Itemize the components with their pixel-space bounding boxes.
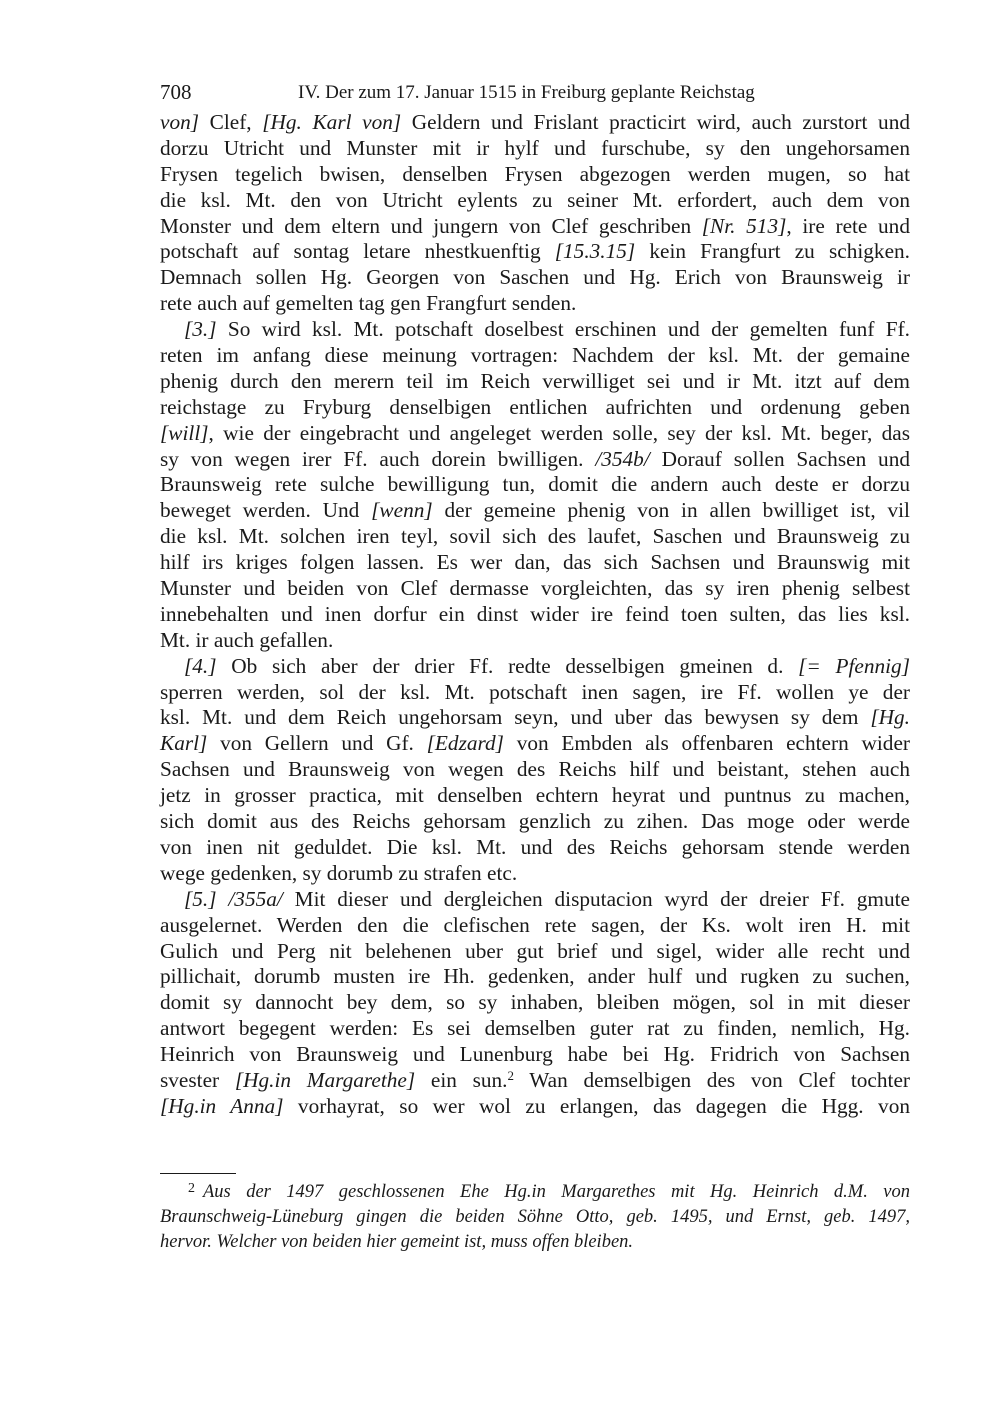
text-segment: So wird ksl. Mt. potschaft doselbest ers… bbox=[217, 317, 910, 341]
text-segment: Ob sich aber der drier Ff. redte desselb… bbox=[217, 654, 799, 678]
text-line: potschaft auf sontag letare nhestkuenfti… bbox=[160, 239, 910, 265]
text-segment: sich domit aus des Reichs gehorsam genzl… bbox=[160, 809, 910, 833]
body-text: von] Clef, [Hg. Karl von] Geldern und Fr… bbox=[160, 110, 910, 1120]
editorial-annotation: /354b/ bbox=[595, 447, 649, 471]
text-segment: Monster und dem eltern und jungern von C… bbox=[160, 214, 702, 238]
text-segment: , ire rete und bbox=[786, 214, 910, 238]
text-line: dorzu Utricht und Munster mit ir hylf un… bbox=[160, 136, 910, 162]
text-segment: die ksl. Mt. den von Utricht eylents zu … bbox=[160, 188, 910, 212]
text-line: [will], wie der eingebracht und angelege… bbox=[160, 421, 910, 447]
document-page: 708 IV. Der zum 17. Januar 1515 in Freib… bbox=[160, 76, 910, 1120]
text-line: sich domit aus des Reichs gehorsam genzl… bbox=[160, 809, 910, 835]
paragraph-first-line: [5.] /355a/ Mit dieser und dergleichen d… bbox=[160, 887, 910, 913]
text-segment: Dorauf sollen Sachsen und bbox=[650, 447, 910, 471]
editorial-annotation: [15.3.15] bbox=[555, 239, 635, 263]
text-line: von] Clef, [Hg. Karl von] Geldern und Fr… bbox=[160, 110, 910, 136]
text-line: innebehalten und inen dorfur ein dinst w… bbox=[160, 602, 910, 628]
text-segment: von Gellern und Gf. bbox=[207, 731, 426, 755]
text-segment: dorzu Utricht und Munster mit ir hylf un… bbox=[160, 136, 910, 160]
editorial-annotation: [wenn] bbox=[371, 498, 433, 522]
editorial-annotation: [= Pfennig] bbox=[798, 654, 910, 678]
text-segment: phenig durch den merern teil im Reich ve… bbox=[160, 369, 910, 393]
text-segment: rete auch auf gemelten tag gen Frangfurt… bbox=[160, 291, 576, 315]
running-title: IV. Der zum 17. Januar 1515 in Freiburg … bbox=[298, 82, 755, 104]
text-segment: von inen nit geduldet. Die ksl. Mt. und … bbox=[160, 835, 910, 859]
text-segment: der gemeine phenig von in allen bwillige… bbox=[433, 498, 910, 522]
text-segment: Geldern und Frislant practicirt wird, au… bbox=[401, 110, 910, 134]
text-line: svester [Hg.in Margarethe] ein sun.2 Wan… bbox=[160, 1068, 910, 1094]
text-segment: Gulich und Perg nit belehenen uber gut b… bbox=[160, 939, 910, 963]
text-line: pillichait, dorumb musten ire Hh. gedenk… bbox=[160, 964, 910, 990]
footnote-line: Braunschweig-Lüneburg gingen die beiden … bbox=[160, 1205, 910, 1230]
text-segment: von Embden als offenbaren echtern wider bbox=[504, 731, 910, 755]
text-line: die ksl. Mt. den von Utricht eylents zu … bbox=[160, 188, 910, 214]
editorial-annotation: Karl] bbox=[160, 731, 207, 755]
text-segment: ein sun. bbox=[415, 1068, 507, 1092]
text-segment: antwort begegent werden: Es sei demselbe… bbox=[160, 1016, 910, 1040]
editorial-annotation: [Edzard] bbox=[427, 731, 504, 755]
text-line: sy von wegen irer Ff. auch dorein bwilli… bbox=[160, 447, 910, 473]
text-segment: die ksl. Mt. solchen iren teyl, sovil si… bbox=[160, 524, 910, 548]
footnote-text: Aus der 1497 geschlossenen Ehe Hg.in Mar… bbox=[203, 1182, 910, 1202]
editorial-annotation: [Hg.in Margarethe] bbox=[235, 1068, 415, 1092]
text-line: Sachsen und Braunsweig von wegen des Rei… bbox=[160, 757, 910, 783]
text-segment: kein Frangfurt zu schigken. bbox=[635, 239, 910, 263]
text-segment: potschaft auf sontag letare nhestkuenfti… bbox=[160, 239, 555, 263]
text-line: reichstage zu Fryburg denselbigen entlic… bbox=[160, 395, 910, 421]
text-segment: jetz in grosser practica, mit denselben … bbox=[160, 783, 910, 807]
text-segment: svester bbox=[160, 1068, 235, 1092]
text-segment: Demnach sollen Hg. Georgen von Saschen u… bbox=[160, 265, 910, 289]
text-line: rete auch auf gemelten tag gen Frangfurt… bbox=[160, 291, 910, 317]
text-segment: Mt. ir auch gefallen. bbox=[160, 628, 333, 652]
paragraph-first-line: [3.] So wird ksl. Mt. potschaft doselbes… bbox=[160, 317, 910, 343]
text-line: hilf irs kriges folgen lassen. Es wer da… bbox=[160, 550, 910, 576]
editorial-annotation: [Hg. bbox=[870, 705, 910, 729]
text-segment: hilf irs kriges folgen lassen. Es wer da… bbox=[160, 550, 910, 574]
text-line: beweget werden. Und [wenn] der gemeine p… bbox=[160, 498, 910, 524]
editorial-annotation: [will] bbox=[160, 421, 209, 445]
editorial-annotation: [4.] bbox=[184, 654, 217, 678]
text-segment: beweget werden. Und bbox=[160, 498, 371, 522]
editorial-annotation: [Hg.in Anna] bbox=[160, 1094, 284, 1118]
text-segment: innebehalten und inen dorfur ein dinst w… bbox=[160, 602, 910, 626]
text-line: ksl. Mt. und dem Reich ungehorsam seyn, … bbox=[160, 705, 910, 731]
footnote-line: 2Aus der 1497 geschlossenen Ehe Hg.in Ma… bbox=[160, 1180, 910, 1205]
text-segment: pillichait, dorumb musten ire Hh. gedenk… bbox=[160, 964, 910, 988]
text-line: antwort begegent werden: Es sei demselbe… bbox=[160, 1016, 910, 1042]
text-segment: Wan demselbigen des von Clef tochter bbox=[514, 1068, 910, 1092]
text-line: wege gedenken, sy dorumb zu strafen etc. bbox=[160, 861, 910, 887]
footnote-mark: 2 bbox=[160, 1181, 203, 1196]
text-segment: vorhayrat, so wer wol zu erlangen, das d… bbox=[284, 1094, 911, 1118]
text-segment: sy von wegen irer Ff. auch dorein bwilli… bbox=[160, 447, 595, 471]
editorial-annotation: [5.] /355a/ bbox=[184, 887, 283, 911]
text-segment: Braunsweig rete sulche bewilligung tun, … bbox=[160, 472, 910, 496]
text-line: die ksl. Mt. solchen iren teyl, sovil si… bbox=[160, 524, 910, 550]
footnote-separator bbox=[160, 1173, 236, 1174]
text-line: domit sy dannocht bey dem, so sy inhaben… bbox=[160, 990, 910, 1016]
text-line: [Hg.in Anna] vorhayrat, so wer wol zu er… bbox=[160, 1094, 910, 1120]
running-head: 708 IV. Der zum 17. Januar 1515 in Freib… bbox=[160, 76, 910, 110]
text-line: Gulich und Perg nit belehenen uber gut b… bbox=[160, 939, 910, 965]
text-line: Heinrich von Braunsweig und Lunenburg ha… bbox=[160, 1042, 910, 1068]
text-segment: Clef, bbox=[199, 110, 262, 134]
text-line: reten im anfang diese meinung vortragen:… bbox=[160, 343, 910, 369]
footnotes: 2Aus der 1497 geschlossenen Ehe Hg.in Ma… bbox=[160, 1180, 910, 1255]
text-segment: Frysen tegelich bwisen, denselben Frysen… bbox=[160, 162, 910, 186]
text-segment: Mit dieser und dergleichen disputacion w… bbox=[283, 887, 910, 911]
text-segment: reten im anfang diese meinung vortragen:… bbox=[160, 343, 910, 367]
text-segment: ausgelernet. Werden den die clefischen r… bbox=[160, 913, 910, 937]
editorial-annotation: [Hg. Karl von] bbox=[262, 110, 401, 134]
text-segment: , wie der eingebracht und angeleget werd… bbox=[209, 421, 910, 445]
text-line: Monster und dem eltern und jungern von C… bbox=[160, 214, 910, 240]
text-line: Munster und beiden von Clef dermasse vor… bbox=[160, 576, 910, 602]
text-line: Demnach sollen Hg. Georgen von Saschen u… bbox=[160, 265, 910, 291]
text-line: jetz in grosser practica, mit denselben … bbox=[160, 783, 910, 809]
text-segment: domit sy dannocht bey dem, so sy inhaben… bbox=[160, 990, 910, 1014]
text-line: Braunsweig rete sulche bewilligung tun, … bbox=[160, 472, 910, 498]
text-segment: sperren werden, sol der ksl. Mt. potscha… bbox=[160, 680, 910, 704]
text-line: sperren werden, sol der ksl. Mt. potscha… bbox=[160, 680, 910, 706]
text-line: Frysen tegelich bwisen, denselben Frysen… bbox=[160, 162, 910, 188]
text-segment: reichstage zu Fryburg denselbigen entlic… bbox=[160, 395, 910, 419]
text-line: phenig durch den merern teil im Reich ve… bbox=[160, 369, 910, 395]
editorial-annotation: [Nr. 513] bbox=[702, 214, 787, 238]
text-line: Karl] von Gellern und Gf. [Edzard] von E… bbox=[160, 731, 910, 757]
text-segment: wege gedenken, sy dorumb zu strafen etc. bbox=[160, 861, 517, 885]
text-line: Mt. ir auch gefallen. bbox=[160, 628, 910, 654]
text-line: ausgelernet. Werden den die clefischen r… bbox=[160, 913, 910, 939]
text-segment: Munster und beiden von Clef dermasse vor… bbox=[160, 576, 910, 600]
text-line: von inen nit geduldet. Die ksl. Mt. und … bbox=[160, 835, 910, 861]
page-number: 708 bbox=[160, 80, 192, 105]
text-segment: Heinrich von Braunsweig und Lunenburg ha… bbox=[160, 1042, 910, 1066]
footnote-line: hervor. Welcher von beiden hier gemeint … bbox=[160, 1230, 910, 1255]
editorial-annotation: [3.] bbox=[184, 317, 217, 341]
text-segment: ksl. Mt. und dem Reich ungehorsam seyn, … bbox=[160, 705, 870, 729]
paragraph-first-line: [4.] Ob sich aber der drier Ff. redte de… bbox=[160, 654, 910, 680]
editorial-annotation: von] bbox=[160, 110, 199, 134]
text-segment: Sachsen und Braunsweig von wegen des Rei… bbox=[160, 757, 910, 781]
